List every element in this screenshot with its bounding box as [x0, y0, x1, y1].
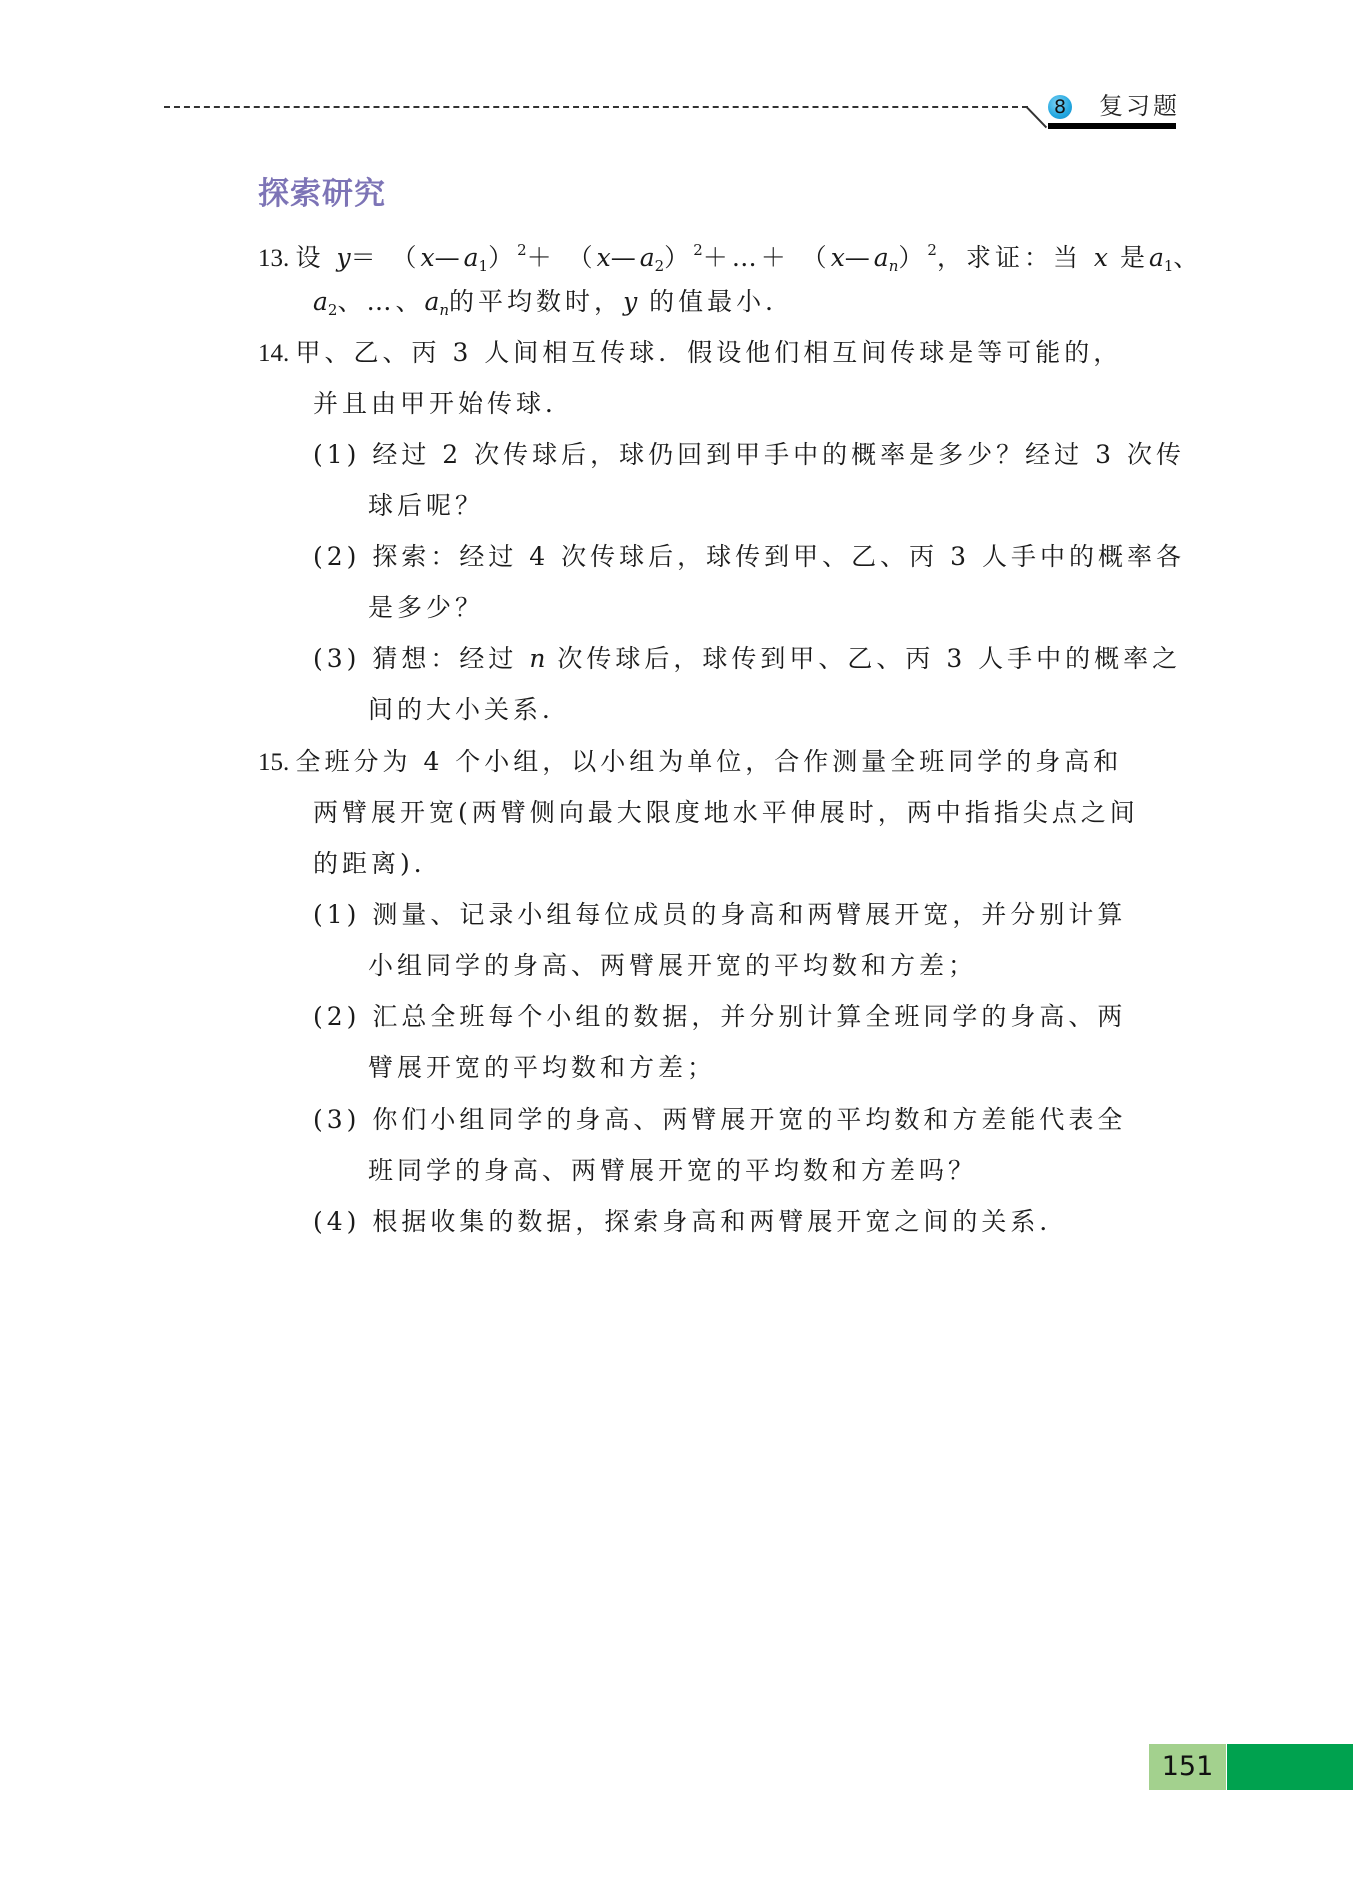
math-symbol: a: [1149, 243, 1164, 272]
problem-continuation-line: 球后呢？: [368, 491, 484, 521]
problem-subline: (2) 探索：经过 4 次传球后，球传到甲、乙、丙 3 人手中的概率各: [313, 542, 1185, 572]
math-symbol: x: [1094, 243, 1108, 272]
text-run: 间的大小关系．: [368, 695, 571, 724]
text-run: (1) 测量、记录小组每位成员的身高和两臂展开宽，并分别计算: [313, 900, 1126, 929]
text-run: ）: [664, 243, 693, 272]
text-run: —: [611, 243, 640, 272]
header-diagonal-rule: [1026, 106, 1047, 128]
math-symbol: 2: [655, 257, 665, 275]
math-symbol: n: [439, 301, 449, 319]
page-number: 151: [1149, 1744, 1226, 1790]
footer-color-bar: [1227, 1744, 1353, 1790]
text-run: 甲、乙、丙 3 人间相互传球．假设他们相互间传球是等可能的，: [296, 338, 1123, 367]
text-run: ）: [898, 243, 927, 272]
math-symbol: y: [623, 287, 637, 316]
header-dashed-rule: [164, 106, 1028, 108]
text-run: 球后呢？: [368, 491, 484, 520]
problem-subline: (1) 经过 2 次传球后，球仍回到甲手中的概率是多少？经过 3 次传: [313, 440, 1185, 470]
math-symbol: y: [336, 243, 350, 272]
problem-number: 15.: [258, 749, 296, 776]
problem-subline: 两臂展开宽(两臂侧向最大限度地水平伸展时，两中指指尖点之间: [313, 798, 1139, 828]
math-symbol: a: [874, 243, 889, 272]
text-run: 是多少？: [368, 593, 484, 622]
math-symbol: 2: [927, 241, 937, 259]
text-run: (3) 猜想：经过: [313, 644, 529, 673]
math-symbol: x: [831, 243, 845, 272]
text-run: 次传球后，球传到甲、乙、丙 3 人手中的概率之: [545, 644, 1181, 673]
chapter-title: 复习题: [1099, 92, 1180, 120]
text-run: 的平均数时，: [449, 287, 623, 316]
math-symbol: x: [421, 243, 435, 272]
text-run: 是: [1108, 243, 1149, 272]
problem-subline: (3) 猜想：经过 n 次传球后，球传到甲、乙、丙 3 人手中的概率之: [313, 644, 1181, 674]
text-run: ＝ （: [351, 243, 421, 272]
text-run: ＋…＋ （: [703, 243, 831, 272]
problem-subline: (4) 根据收集的数据，探索身高和两臂展开宽之间的关系．: [313, 1207, 1068, 1237]
problem-subline: (1) 测量、记录小组每位成员的身高和两臂展开宽，并分别计算: [313, 900, 1126, 930]
math-symbol: n: [889, 257, 899, 275]
problem-continuation-line: 间的大小关系．: [368, 695, 571, 725]
problem-number: 14.: [258, 340, 296, 367]
text-run: —: [845, 243, 874, 272]
text-run: (1) 经过 2 次传球后，球仍回到甲手中的概率是多少？经过 3 次传: [313, 440, 1185, 469]
problem-subline: 的距离)．: [313, 849, 443, 879]
header-underline-bar: [1048, 123, 1176, 129]
text-run: 全班分为 4 个小组，以小组为单位，合作测量全班同学的身高和: [296, 747, 1123, 776]
math-symbol: 1: [1164, 257, 1174, 275]
problem-line: 14. 甲、乙、丙 3 人间相互传球．假设他们相互间传球是等可能的，: [258, 338, 1122, 369]
problem-continuation-line: 臂展开宽的平均数和方差；: [368, 1053, 716, 1083]
math-symbol: a: [640, 243, 655, 272]
text-run: ＋ （: [527, 243, 597, 272]
text-run: (2) 探索：经过 4 次传球后，球传到甲、乙、丙 3 人手中的概率各: [313, 542, 1185, 571]
math-symbol: 2: [517, 241, 527, 259]
problem-continuation-line: 是多少？: [368, 593, 484, 623]
math-symbol: a: [464, 243, 479, 272]
problem-subline: (2) 汇总全班每个小组的数据，并分别计算全班同学的身高、两: [313, 1002, 1126, 1032]
text-run: —: [435, 243, 464, 272]
text-run: 两臂展开宽(两臂侧向最大限度地水平伸展时，两中指指尖点之间: [313, 798, 1139, 827]
text-run: 班同学的身高、两臂展开宽的平均数和方差吗？: [368, 1156, 977, 1185]
text-run: 小组同学的身高、两臂展开宽的平均数和方差；: [368, 951, 977, 980]
problem-number: 13.: [258, 245, 296, 272]
text-run: 并且由甲开始传球．: [313, 389, 574, 418]
text-run: ，求证：当: [937, 243, 1094, 272]
problem-subline: (3) 你们小组同学的身高、两臂展开宽的平均数和方差能代表全: [313, 1105, 1126, 1135]
text-run: 、…、: [337, 287, 424, 316]
chapter-number-badge: 8: [1048, 95, 1072, 119]
text-run: 的值最小．: [637, 287, 794, 316]
text-run: 设: [296, 243, 337, 272]
text-run: (4) 根据收集的数据，探索身高和两臂展开宽之间的关系．: [313, 1207, 1068, 1236]
text-run: (3) 你们小组同学的身高、两臂展开宽的平均数和方差能代表全: [313, 1105, 1126, 1134]
math-symbol: 1: [479, 257, 489, 275]
problem-continuation-line: 班同学的身高、两臂展开宽的平均数和方差吗？: [368, 1156, 977, 1186]
problem-subline: a2、…、an的平均数时，y 的值最小．: [313, 287, 794, 325]
math-symbol: n: [529, 644, 545, 673]
problem-line: 15. 全班分为 4 个小组，以小组为单位，合作测量全班同学的身高和: [258, 747, 1122, 778]
section-title: 探索研究: [258, 176, 386, 212]
math-symbol: a: [313, 287, 328, 316]
math-symbol: a: [424, 287, 439, 316]
text-run: 臂展开宽的平均数和方差；: [368, 1053, 716, 1082]
problem-continuation-line: 小组同学的身高、两臂展开宽的平均数和方差；: [368, 951, 977, 981]
math-symbol: 2: [693, 241, 703, 259]
text-run: (2) 汇总全班每个小组的数据，并分别计算全班同学的身高、两: [313, 1002, 1126, 1031]
problem-line: 13. 设 y＝ （x—a1）2＋ （x—a2）2＋…＋ （x—an）2，求证：…: [258, 235, 1202, 281]
math-symbol: x: [597, 243, 611, 272]
text-run: ）: [488, 243, 517, 272]
text-run: 的距离)．: [313, 849, 443, 878]
problem-subline: 并且由甲开始传球．: [313, 389, 574, 419]
text-run: 、: [1173, 243, 1202, 272]
